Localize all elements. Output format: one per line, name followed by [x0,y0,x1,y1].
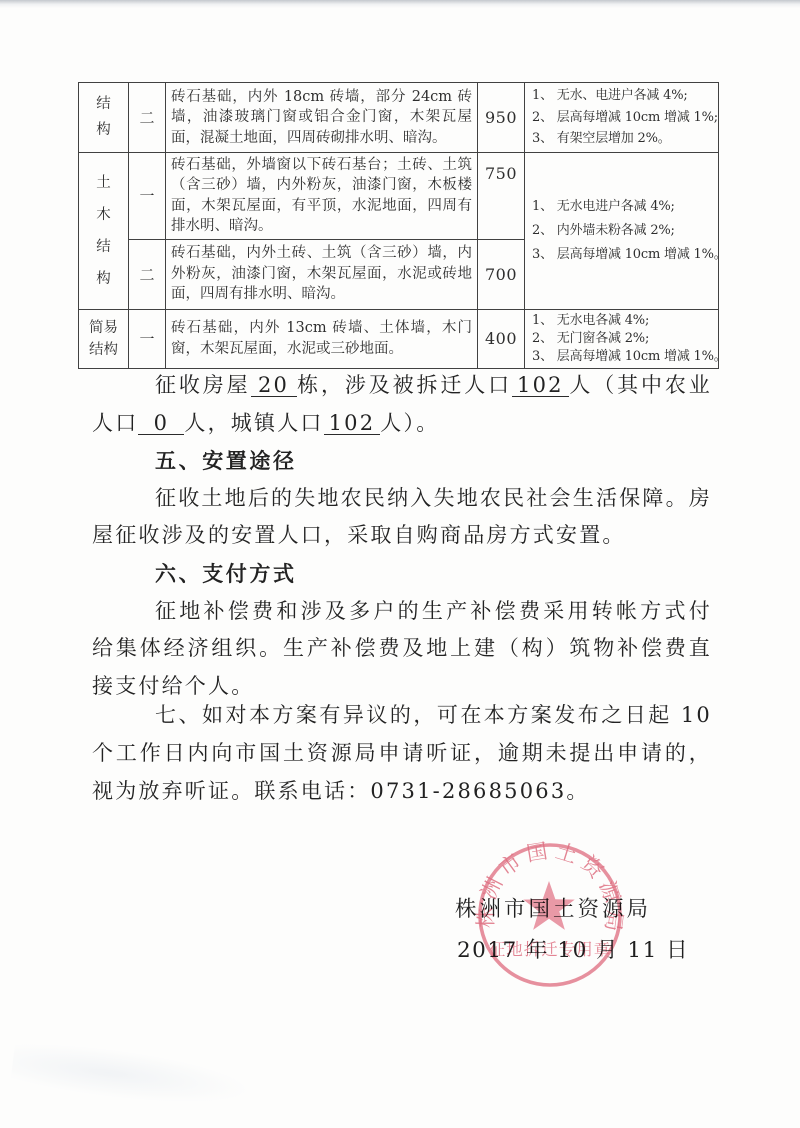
relocated-population-value: 102 [512,374,569,397]
paragraph-line: 视为放弃听证。联系电话：0731-28685063。 [92,773,712,811]
note-line: 3、 有架空层增加 2%。 [532,128,714,150]
scan-edge-artifact [0,0,800,8]
note-line: 3、 层高每增减 10cm 增减 1%。 [532,348,714,366]
seal-bottom-text: 征地拆迁专用章 [489,939,612,959]
description-cell: 砖石基础，内外 13cm 砖墙、土体墙，木门窗，木架瓦屋面，水泥或三砂地面。 [166,309,478,368]
structure-category-label: 土木结构 [95,167,112,295]
description-cell: 砖石基础，内外 18cm 砖墙，部分 24cm 砖墙，油漆玻璃门窗或铝合金门窗，… [166,83,478,153]
houses-count-value: 20 [251,374,297,397]
price-cell: 700 [478,239,525,309]
note-line: 2、 内外墙未粉各减 2%; [532,219,714,243]
structure-category-cell: 简易结构 [79,309,129,368]
description-cell: 砖石基础，内外土砖、土筑（含三砂）墙，内外粉灰，油漆门窗，木架瓦屋面，水泥或砖地… [166,239,478,309]
section-5-paragraph: 征收土地后的失地农民纳入失地农民社会生活保障。房 屋征收涉及的安置人口，采取自购… [92,480,712,555]
adjustment-notes-cell: 1、 无水电各减 4%; 2、 无门窗各减 2%; 3、 层高每增减 10cm … [525,309,719,368]
paragraph-line: 个工作日内向市国土资源局申请听证，逾期未提出申请的， [92,735,712,773]
urban-population-value: 102 [324,412,381,435]
note-line: 2、 无门窗各减 2%; [532,330,714,348]
seal-star-icon [523,881,574,930]
adjustment-notes-cell: 1、 无水、电进户各减 4%; 2、 层高每增减 10cm 增减 1%; 3、 … [525,83,719,153]
section-7-paragraph: 七、如对本方案有异议的，可在本方案发布之日起 10 个工作日内向市国土资源局申请… [92,697,712,810]
price-cell: 750 [478,152,525,239]
description-cell: 砖石基础，外墙窗以下砖石基台；土砖、土筑（含三砂）墙，内外粉灰，油漆门窗，木板楼… [166,152,478,239]
census-text: 征收房屋 [155,373,251,397]
grade-cell: 一 [129,309,166,368]
note-line: 1、 无水电进户各减 4%; [532,195,714,219]
structure-category-cell: 土木结构 [79,152,129,309]
grade-cell: 二 [129,239,166,309]
structure-category-label: 简易结构 [86,317,122,361]
census-text: 人，城镇人口 [184,411,323,435]
structure-category-cell: 结构 [79,83,129,153]
section-6-paragraph: 征地补偿费和涉及多户的生产补偿费采用转帐方式付 给集体经济组织。生产补偿费及地上… [92,593,712,706]
paragraph-line: 征收土地后的失地农民纳入失地农民社会生活保障。房 [92,480,712,518]
document-body: 征收房屋20栋，涉及被拆迁人口102人（其中农业人口0人，城镇人口102人）。 … [92,367,712,810]
table-row: 结构 二 砖石基础，内外 18cm 砖墙，部分 24cm 砖墙，油漆玻璃门窗或铝… [79,83,719,153]
compensation-standards-table: 结构 二 砖石基础，内外 18cm 砖墙，部分 24cm 砖墙，油漆玻璃门窗或铝… [78,82,719,369]
paragraph-line: 屋征收涉及的安置人口，采取自购商品房方式安置。 [92,517,712,555]
grade-cell: 一 [129,152,166,239]
section-heading-6: 六、支付方式 [92,555,712,593]
table-row: 简易结构 一 砖石基础，内外 13cm 砖墙、土体墙，木门窗，木架瓦屋面，水泥或… [79,309,719,368]
paragraph-line: 七、如对本方案有异议的，可在本方案发布之日起 10 [92,697,712,735]
note-line: 1、 无水电各减 4%; [532,312,714,330]
census-paragraph: 征收房屋20栋，涉及被拆迁人口102人（其中农业人口0人，城镇人口102人）。 [92,367,712,442]
official-seal: 株洲市国土资源局 征地拆迁专用章 [468,833,632,997]
scan-smudge-artifact [10,1038,254,1115]
adjustment-notes-cell: 1、 无水电进户各减 4%; 2、 内外墙未粉各减 2%; 3、 层高每增减 1… [525,152,719,309]
paragraph-line: 征地补偿费和涉及多户的生产补偿费采用转帐方式付 [92,593,712,631]
note-line: 2、 层高每增减 10cm 增减 1%; [532,107,714,129]
price-cell: 950 [478,83,525,153]
note-line: 1、 无水、电进户各减 4%; [532,85,714,107]
structure-category-label: 结构 [95,91,112,143]
census-text: 栋，涉及被拆迁人口 [297,373,513,397]
note-line: 3、 层高每增减 10cm 增减 1%。 [532,243,714,267]
section-heading-5: 五、安置途径 [92,442,712,480]
table-row: 土木结构 一 砖石基础，外墙窗以下砖石基台；土砖、土筑（含三砂）墙，内外粉灰，油… [79,152,719,239]
paragraph-line: 给集体经济组织。生产补偿费及地上建（构）筑物补偿费直 [92,630,712,668]
census-text: 人）。 [380,411,439,435]
agricultural-population-value: 0 [138,412,184,435]
grade-cell: 二 [129,83,166,153]
price-cell: 400 [478,309,525,368]
